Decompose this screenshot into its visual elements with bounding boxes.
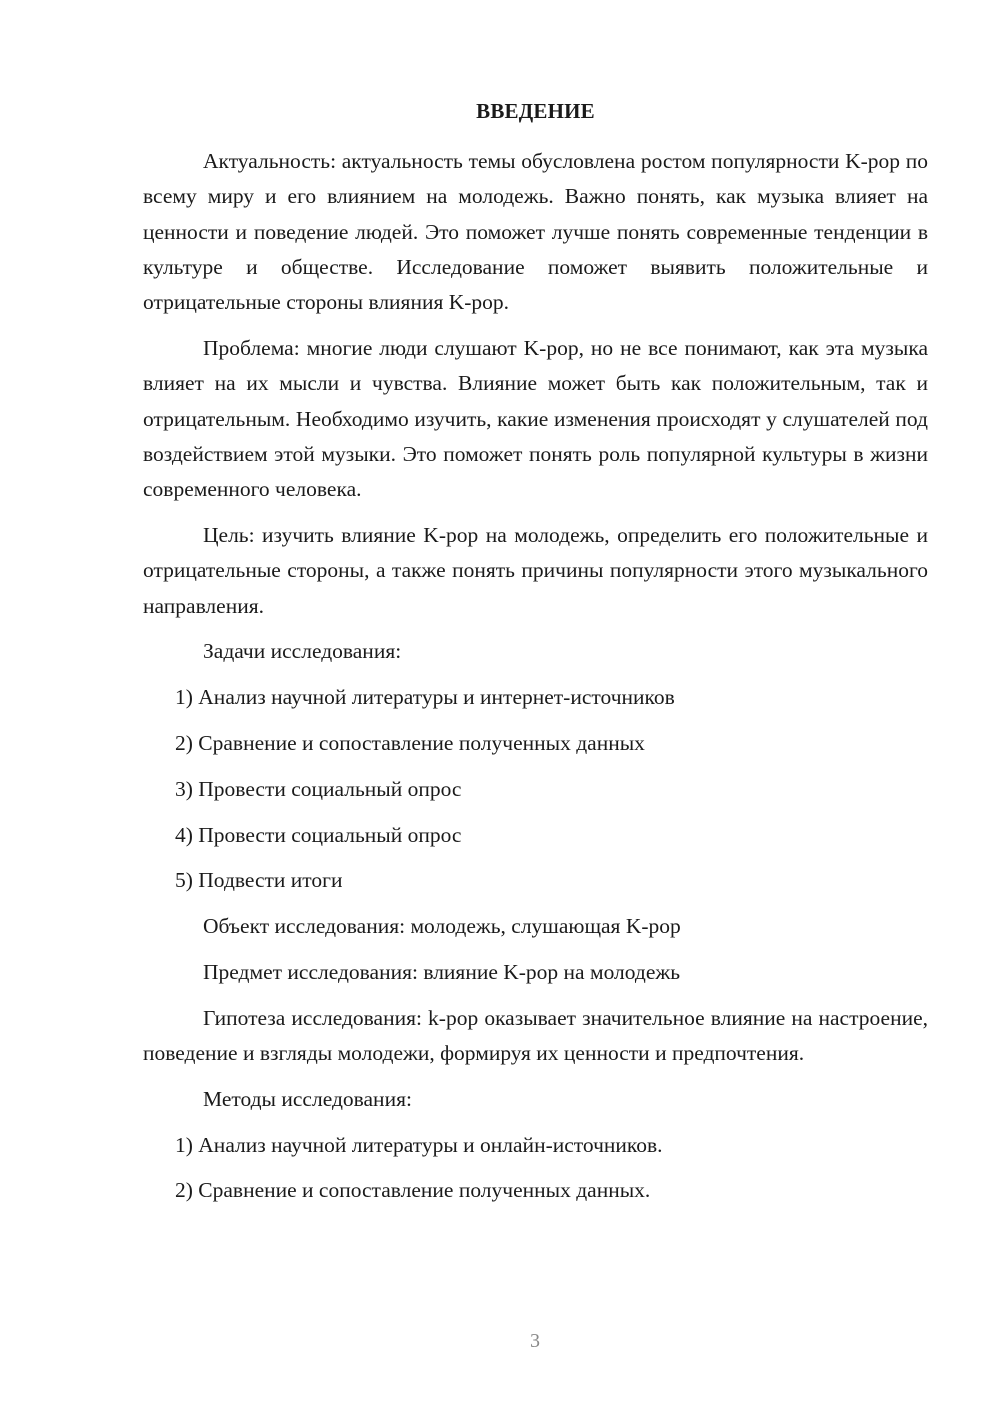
section-title: ВВЕДЕНИЕ (143, 96, 928, 126)
list-item: 1) Анализ научной литературы и онлайн-ис… (143, 1128, 928, 1163)
list-item: 1) Анализ научной литературы и интернет-… (143, 680, 928, 715)
subject-paragraph: Предмет исследования: влияние K-pop на м… (143, 955, 928, 990)
actuality-paragraph: Актуальность: актуальность темы обусловл… (143, 144, 928, 320)
document-page: ВВЕДЕНИЕ Актуальность: актуальность темы… (143, 96, 928, 1219)
list-item: 4) Провести социальный опрос (143, 818, 928, 853)
goal-paragraph: Цель: изучить влияние K-pop на молодежь,… (143, 518, 928, 624)
methods-list: 1) Анализ научной литературы и онлайн-ис… (143, 1128, 928, 1209)
methods-heading: Методы исследования: (143, 1082, 928, 1117)
list-item: 5) Подвести итоги (143, 863, 928, 898)
list-item: 2) Сравнение и сопоставление полученных … (143, 726, 928, 761)
tasks-list: 1) Анализ научной литературы и интернет-… (143, 680, 928, 898)
tasks-heading: Задачи исследования: (143, 634, 928, 669)
object-paragraph: Объект исследования: молодежь, слушающая… (143, 909, 928, 944)
list-item: 2) Сравнение и сопоставление полученных … (143, 1173, 928, 1208)
hypothesis-paragraph: Гипотеза исследования: k-pop оказывает з… (143, 1001, 928, 1072)
problem-paragraph: Проблема: многие люди слушают K-pop, но … (143, 331, 928, 507)
page-number: 3 (0, 1330, 1000, 1353)
list-item: 3) Провести социальный опрос (143, 772, 928, 807)
